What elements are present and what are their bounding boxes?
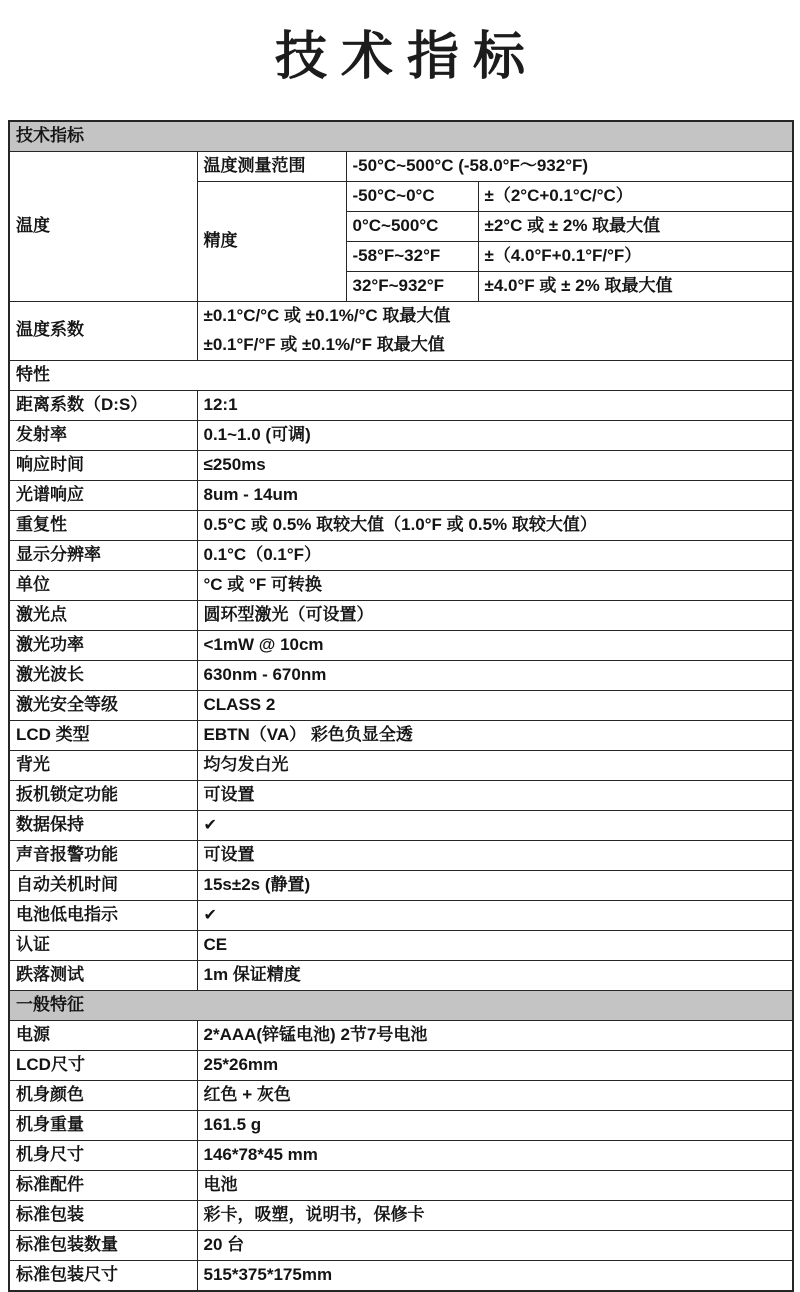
accuracy-range: -50°C~0°C <box>346 181 478 211</box>
table-row: 显示分辨率0.1°C（0.1°F） <box>9 540 793 570</box>
table-row: 距离系数（D:S）12:1 <box>9 390 793 420</box>
spec-label: 电源 <box>9 1020 197 1050</box>
spec-value: 圆环型激光（可设置） <box>197 600 793 630</box>
table-row: 激光点圆环型激光（可设置） <box>9 600 793 630</box>
spec-label: 显示分辨率 <box>9 540 197 570</box>
spec-value: 630nm - 670nm <box>197 660 793 690</box>
table-row: 光谱响应8um - 14um <box>9 480 793 510</box>
accuracy-range: 32°F~932°F <box>346 271 478 301</box>
table-row: LCD尺寸25*26mm <box>9 1050 793 1080</box>
spec-value-temp-range: -50°C~500°C (-58.0°F～932°F) <box>346 151 793 181</box>
spec-value: EBTN（VA） 彩色负显全透 <box>197 720 793 750</box>
spec-value: 0.5°C 或 0.5% 取较大值（1.0°F 或 0.5% 取较大值） <box>197 510 793 540</box>
section-header-tech: 技术指标 <box>9 121 793 152</box>
spec-label: 单位 <box>9 570 197 600</box>
table-row: 机身重量161.5 g <box>9 1110 793 1140</box>
spec-label: 距离系数（D:S） <box>9 390 197 420</box>
spec-value: 1m 保证精度 <box>197 960 793 990</box>
spec-label: 认证 <box>9 930 197 960</box>
spec-label: 扳机锁定功能 <box>9 780 197 810</box>
table-row: 跌落测试1m 保证精度 <box>9 960 793 990</box>
table-row: 特性 <box>9 360 793 390</box>
spec-value: 均匀发白光 <box>197 750 793 780</box>
spec-label: LCD 类型 <box>9 720 197 750</box>
table-row: 背光均匀发白光 <box>9 750 793 780</box>
table-row: 响应时间≤250ms <box>9 450 793 480</box>
spec-value: 0.1°C（0.1°F） <box>197 540 793 570</box>
table-row: 电池低电指示✔ <box>9 900 793 930</box>
spec-sheet-page: 技术指标 技术指标 温度 温度测量范围 -50°C~500°C (-58.0°F… <box>0 0 800 1292</box>
spec-label: 标准包装数量 <box>9 1230 197 1260</box>
spec-table: 技术指标 温度 温度测量范围 -50°C~500°C (-58.0°F～932°… <box>8 120 794 1292</box>
spec-value: 146*78*45 mm <box>197 1140 793 1170</box>
table-row: 电源2*AAA(锌锰电池) 2节7号电池 <box>9 1020 793 1050</box>
spec-value: 可设置 <box>197 840 793 870</box>
spec-value: 515*375*175mm <box>197 1260 793 1291</box>
spec-label: 自动关机时间 <box>9 870 197 900</box>
table-row: 标准配件电池 <box>9 1170 793 1200</box>
spec-label: 标准包装尺寸 <box>9 1260 197 1291</box>
table-row: 声音报警功能可设置 <box>9 840 793 870</box>
spec-value: 彩卡，吸塑，说明书，保修卡 <box>197 1200 793 1230</box>
spec-value: 20 台 <box>197 1230 793 1260</box>
table-row: 自动关机时间15s±2s (静置) <box>9 870 793 900</box>
spec-label: 激光点 <box>9 600 197 630</box>
table-row: 标准包装数量20 台 <box>9 1230 793 1260</box>
table-row: 机身尺寸146*78*45 mm <box>9 1140 793 1170</box>
spec-label: 机身尺寸 <box>9 1140 197 1170</box>
spec-value-temp-coefficient: ±0.1°C/°C 或 ±0.1%/°C 取最大值 ±0.1°F/°F 或 ±0… <box>197 301 793 360</box>
spec-label: 激光功率 <box>9 630 197 660</box>
spec-label: 机身颜色 <box>9 1080 197 1110</box>
table-row: 激光功率<1mW @ 10cm <box>9 630 793 660</box>
spec-label: LCD尺寸 <box>9 1050 197 1080</box>
spec-value: 可设置 <box>197 780 793 810</box>
spec-label: 发射率 <box>9 420 197 450</box>
spec-label: 激光安全等级 <box>9 690 197 720</box>
spec-label: 标准包装 <box>9 1200 197 1230</box>
spec-value: 8um - 14um <box>197 480 793 510</box>
table-row: 一般特征 <box>9 990 793 1020</box>
spec-value-checkmark: ✔ <box>197 900 793 930</box>
spec-value: CE <box>197 930 793 960</box>
spec-label-temp-range: 温度测量范围 <box>197 151 346 181</box>
table-row: 单位°C 或 °F 可转换 <box>9 570 793 600</box>
spec-label: 数据保持 <box>9 810 197 840</box>
spec-value: 0.1~1.0 (可调) <box>197 420 793 450</box>
coeff-line-celsius: ±0.1°C/°C 或 ±0.1%/°C 取最大值 <box>204 302 787 331</box>
table-row: 标准包装彩卡，吸塑，说明书，保修卡 <box>9 1200 793 1230</box>
spec-label: 重复性 <box>9 510 197 540</box>
spec-label: 背光 <box>9 750 197 780</box>
table-row: 激光安全等级CLASS 2 <box>9 690 793 720</box>
page-title: 技术指标 <box>0 0 800 120</box>
spec-label: 响应时间 <box>9 450 197 480</box>
spec-value: 15s±2s (静置) <box>197 870 793 900</box>
spec-label-accuracy: 精度 <box>197 181 346 301</box>
spec-label: 跌落测试 <box>9 960 197 990</box>
accuracy-range: 0°C~500°C <box>346 211 478 241</box>
spec-value: 红色 + 灰色 <box>197 1080 793 1110</box>
section-header-general: 一般特征 <box>9 990 793 1020</box>
table-row: 激光波长630nm - 670nm <box>9 660 793 690</box>
accuracy-value: ±（2°C+0.1°C/°C） <box>478 181 793 211</box>
table-row: 技术指标 <box>9 121 793 152</box>
accuracy-value: ±（4.0°F+0.1°F/°F） <box>478 241 793 271</box>
spec-value: 电池 <box>197 1170 793 1200</box>
spec-label: 光谱响应 <box>9 480 197 510</box>
table-row: LCD 类型EBTN（VA） 彩色负显全透 <box>9 720 793 750</box>
table-row: 重复性0.5°C 或 0.5% 取较大值（1.0°F 或 0.5% 取较大值） <box>9 510 793 540</box>
table-row: 扳机锁定功能可设置 <box>9 780 793 810</box>
coeff-line-fahrenheit: ±0.1°F/°F 或 ±0.1%/°F 取最大值 <box>204 331 787 360</box>
accuracy-value: ±2°C 或 ± 2% 取最大值 <box>478 211 793 241</box>
spec-label: 声音报警功能 <box>9 840 197 870</box>
accuracy-value: ±4.0°F 或 ± 2% 取最大值 <box>478 271 793 301</box>
section-header-features: 特性 <box>9 360 793 390</box>
table-row: 数据保持✔ <box>9 810 793 840</box>
table-row: 温度系数 ±0.1°C/°C 或 ±0.1%/°C 取最大值 ±0.1°F/°F… <box>9 301 793 360</box>
spec-label: 机身重量 <box>9 1110 197 1140</box>
table-row: 机身颜色红色 + 灰色 <box>9 1080 793 1110</box>
spec-label-temp-coefficient: 温度系数 <box>9 301 197 360</box>
spec-label: 激光波长 <box>9 660 197 690</box>
table-row: 认证CE <box>9 930 793 960</box>
table-row: 温度 温度测量范围 -50°C~500°C (-58.0°F～932°F) <box>9 151 793 181</box>
spec-label: 标准配件 <box>9 1170 197 1200</box>
table-row: 发射率0.1~1.0 (可调) <box>9 420 793 450</box>
spec-value: 161.5 g <box>197 1110 793 1140</box>
spec-value: 25*26mm <box>197 1050 793 1080</box>
spec-value: °C 或 °F 可转换 <box>197 570 793 600</box>
spec-value: CLASS 2 <box>197 690 793 720</box>
spec-value: <1mW @ 10cm <box>197 630 793 660</box>
spec-value: 12:1 <box>197 390 793 420</box>
spec-value: 2*AAA(锌锰电池) 2节7号电池 <box>197 1020 793 1050</box>
spec-label: 电池低电指示 <box>9 900 197 930</box>
spec-label-temperature: 温度 <box>9 151 197 301</box>
table-row: 标准包装尺寸515*375*175mm <box>9 1260 793 1291</box>
accuracy-range: -58°F~32°F <box>346 241 478 271</box>
spec-value: ≤250ms <box>197 450 793 480</box>
spec-value-checkmark: ✔ <box>197 810 793 840</box>
